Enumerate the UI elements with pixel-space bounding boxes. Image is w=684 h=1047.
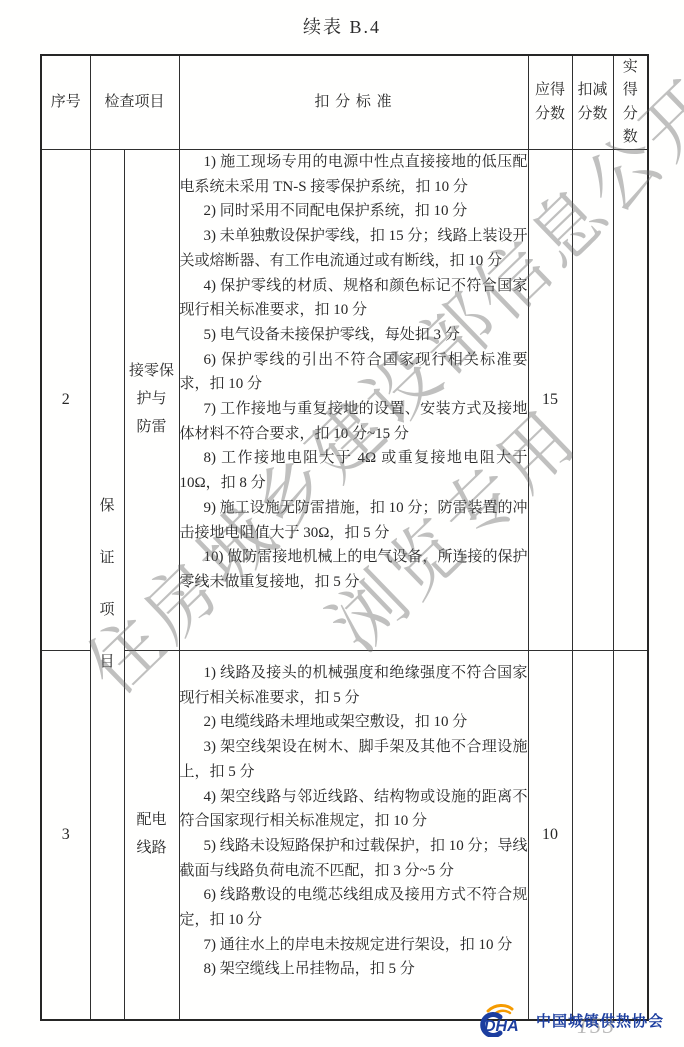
deduction-item: 8) 工作接地电阻大于 4Ω 或重复接地电阻大于 10Ω，扣 8 分	[180, 446, 528, 495]
header-deduct-score: 扣减分数	[572, 55, 613, 150]
deduction-item: 7) 工作接地与重复接地的设置、安装方式及接地体材料不符合要求，扣 10 分~1…	[180, 397, 528, 446]
table-row: 2 保证项目 接零保 护与 防雷 1) 施工现场专用的电源中性点直接接地的低压配…	[41, 150, 648, 651]
logo-abbr-text: DHA	[484, 1018, 519, 1035]
deduct-score-value	[572, 651, 613, 1020]
deduction-item: 9) 施工设施无防雷措施，扣 10 分；防雷装置的冲击接地电阻值大于 30Ω，扣…	[180, 496, 528, 545]
deduction-item: 1) 施工现场专用的电源中性点直接接地的低压配电系统未采用 TN-S 接零保护系…	[180, 150, 528, 199]
table-row: 3 配电 线路 1) 线路及接头的机械强度和绝缘强度不符合国家现行相关标准要求，…	[41, 651, 648, 1020]
deduct-score-value	[572, 150, 613, 651]
deduction-item: 4) 架空线路与邻近线路、结构物或设施的距离不符合国家现行相关标准规定，扣 10…	[180, 785, 528, 834]
header-actual-score: 实得分数	[613, 55, 648, 150]
header-standard: 扣 分 标 准	[179, 55, 528, 150]
actual-score-value	[613, 651, 648, 1020]
category-cell: 保证项目	[90, 150, 124, 1020]
deduction-item: 7) 通往水上的岸电未按规定进行架设，扣 10 分	[180, 933, 528, 958]
deduction-item: 8) 架空缆线上吊挂物品，扣 5 分	[180, 957, 528, 982]
inspection-item-name: 接零保 护与 防雷	[124, 150, 179, 651]
inspection-item-name: 配电 线路	[124, 651, 179, 1020]
deduction-standard-cell: 1) 施工现场专用的电源中性点直接接地的低压配电系统未采用 TN-S 接零保护系…	[179, 150, 528, 651]
serial-number: 3	[41, 651, 90, 1020]
table-header-row: 序号 检查项目 扣 分 标 准 应得分数 扣减分数 实得分数	[41, 55, 648, 150]
document-page: 续表 B.4 序号 检查项目 扣 分 标 准 应得分数 扣减分数 实得分数 2 …	[0, 0, 684, 1047]
due-score-value: 15	[528, 150, 572, 651]
deduction-item: 2) 同时采用不同配电保护系统，扣 10 分	[180, 199, 528, 224]
due-score-value: 10	[528, 651, 572, 1020]
serial-number: 2	[41, 150, 90, 651]
header-serial: 序号	[41, 55, 90, 150]
deduction-item: 3) 架空线架设在树木、脚手架及其他不合理设施上，扣 5 分	[180, 735, 528, 784]
association-logo: DHA 中国城镇供热协会	[469, 1003, 664, 1037]
page-title: 续表 B.4	[0, 13, 684, 39]
deduction-item: 6) 保护零线的引出不符合国家现行相关标准要求，扣 10 分	[180, 348, 528, 397]
deduction-standard-cell: 1) 线路及接头的机械强度和绝缘强度不符合国家现行相关标准要求，扣 5 分 2)…	[179, 651, 528, 1020]
deduction-item: 1) 线路及接头的机械强度和绝缘强度不符合国家现行相关标准要求，扣 5 分	[180, 661, 528, 710]
header-due-score: 应得分数	[528, 55, 572, 150]
deduction-item: 5) 电气设备未接保护零线，每处扣 3 分	[180, 323, 528, 348]
deduction-item: 6) 线路敷设的电缆芯线组成及接用方式不符合规定，扣 10 分	[180, 883, 528, 932]
header-item: 检查项目	[90, 55, 179, 150]
page-number: 153	[577, 1013, 616, 1039]
cdha-logo-icon: DHA	[469, 1003, 531, 1037]
deduction-item: 4) 保护零线的材质、规格和颜色标记不符合国家现行相关标准要求，扣 10 分	[180, 274, 528, 323]
deduction-item: 5) 线路未设短路保护和过载保护，扣 10 分；导线截面与线路负荷电流不匹配，扣…	[180, 834, 528, 883]
actual-score-value	[613, 150, 648, 651]
deduction-item: 3) 未单独敷设保护零线，扣 15 分；线路上装设开关或熔断器、有工作电流通过或…	[180, 224, 528, 273]
category-label: 保证项目	[99, 480, 116, 688]
inspection-table: 序号 检查项目 扣 分 标 准 应得分数 扣减分数 实得分数 2 保证项目 接零…	[40, 54, 649, 1021]
deduction-item: 2) 电缆线路未埋地或架空敷设，扣 10 分	[180, 710, 528, 735]
deduction-item: 10) 做防雷接地机械上的电气设备，所连接的保护零线未做重复接地，扣 5 分	[180, 545, 528, 594]
